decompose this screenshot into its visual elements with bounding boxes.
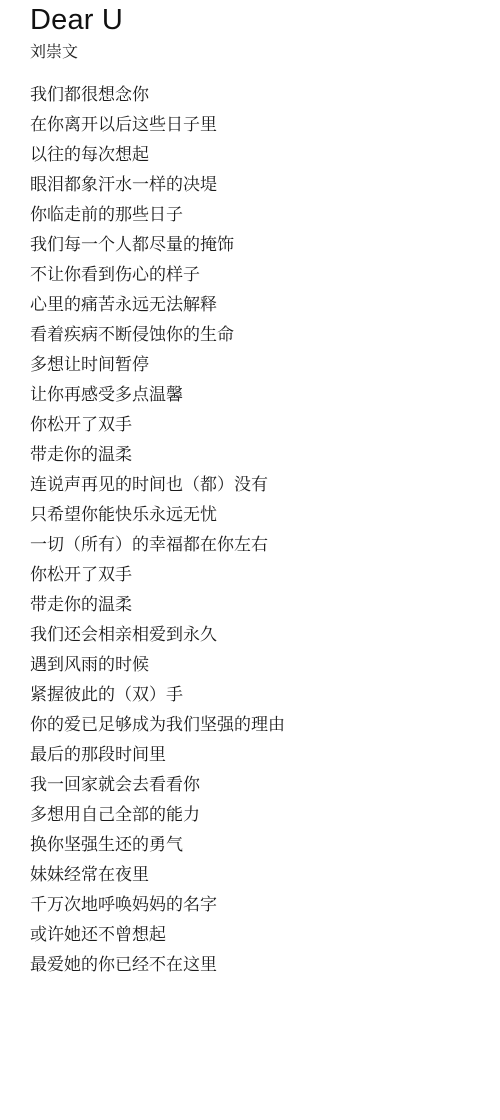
- lyric-line: 你临走前的那些日子: [30, 200, 480, 230]
- lyric-line: 我一回家就会去看看你: [30, 770, 480, 800]
- lyric-line: 看着疾病不断侵蚀你的生命: [30, 320, 480, 350]
- lyric-line: 遇到风雨的时候: [30, 650, 480, 680]
- lyric-line: 紧握彼此的（双）手: [30, 680, 480, 710]
- lyric-line: 带走你的温柔: [30, 440, 480, 470]
- lyric-line: 眼泪都象汗水一样的决堤: [30, 170, 480, 200]
- lyric-line: 或许她还不曾想起: [30, 920, 480, 950]
- lyric-line: 一切（所有）的幸福都在你左右: [30, 530, 480, 560]
- lyric-line: 千万次地呼唤妈妈的名字: [30, 890, 480, 920]
- lyric-line: 我们还会相亲相爱到永久: [30, 620, 480, 650]
- lyric-line: 我们每一个人都尽量的掩饰: [30, 230, 480, 260]
- lyrics-page: Dear U 刘崇文 我们都很想念你 在你离开以后这些日子里 以往的每次想起 眼…: [0, 0, 500, 1120]
- lyric-line: 最爱她的你已经不在这里: [30, 950, 480, 980]
- lyric-line: 以往的每次想起: [30, 140, 480, 170]
- lyric-line: 只希望你能快乐永远无忧: [30, 500, 480, 530]
- lyric-line: 连说声再见的时间也（都）没有: [30, 470, 480, 500]
- lyric-line: 你松开了双手: [30, 410, 480, 440]
- lyric-line: 多想用自己全部的能力: [30, 800, 480, 830]
- page-content: Dear U 刘崇文 我们都很想念你 在你离开以后这些日子里 以往的每次想起 眼…: [0, 0, 500, 980]
- lyric-line: 我们都很想念你: [30, 80, 480, 110]
- lyric-line: 不让你看到伤心的样子: [30, 260, 480, 290]
- lyric-line: 带走你的温柔: [30, 590, 480, 620]
- song-title: Dear U: [30, 2, 480, 38]
- lyric-line: 让你再感受多点温馨: [30, 380, 480, 410]
- lyric-line: 妹妹经常在夜里: [30, 860, 480, 890]
- lyric-line: 多想让时间暂停: [30, 350, 480, 380]
- lyric-line: 在你离开以后这些日子里: [30, 110, 480, 140]
- lyric-line: 最后的那段时间里: [30, 740, 480, 770]
- lyric-line: 你松开了双手: [30, 560, 480, 590]
- lyric-line: 心里的痛苦永远无法解释: [30, 290, 480, 320]
- lyric-line: 你的爱已足够成为我们坚强的理由: [30, 710, 480, 740]
- artist-name: 刘崇文: [30, 42, 480, 64]
- lyric-line: 换你坚强生还的勇气: [30, 830, 480, 860]
- lyrics-block: 我们都很想念你 在你离开以后这些日子里 以往的每次想起 眼泪都象汗水一样的决堤 …: [30, 80, 480, 980]
